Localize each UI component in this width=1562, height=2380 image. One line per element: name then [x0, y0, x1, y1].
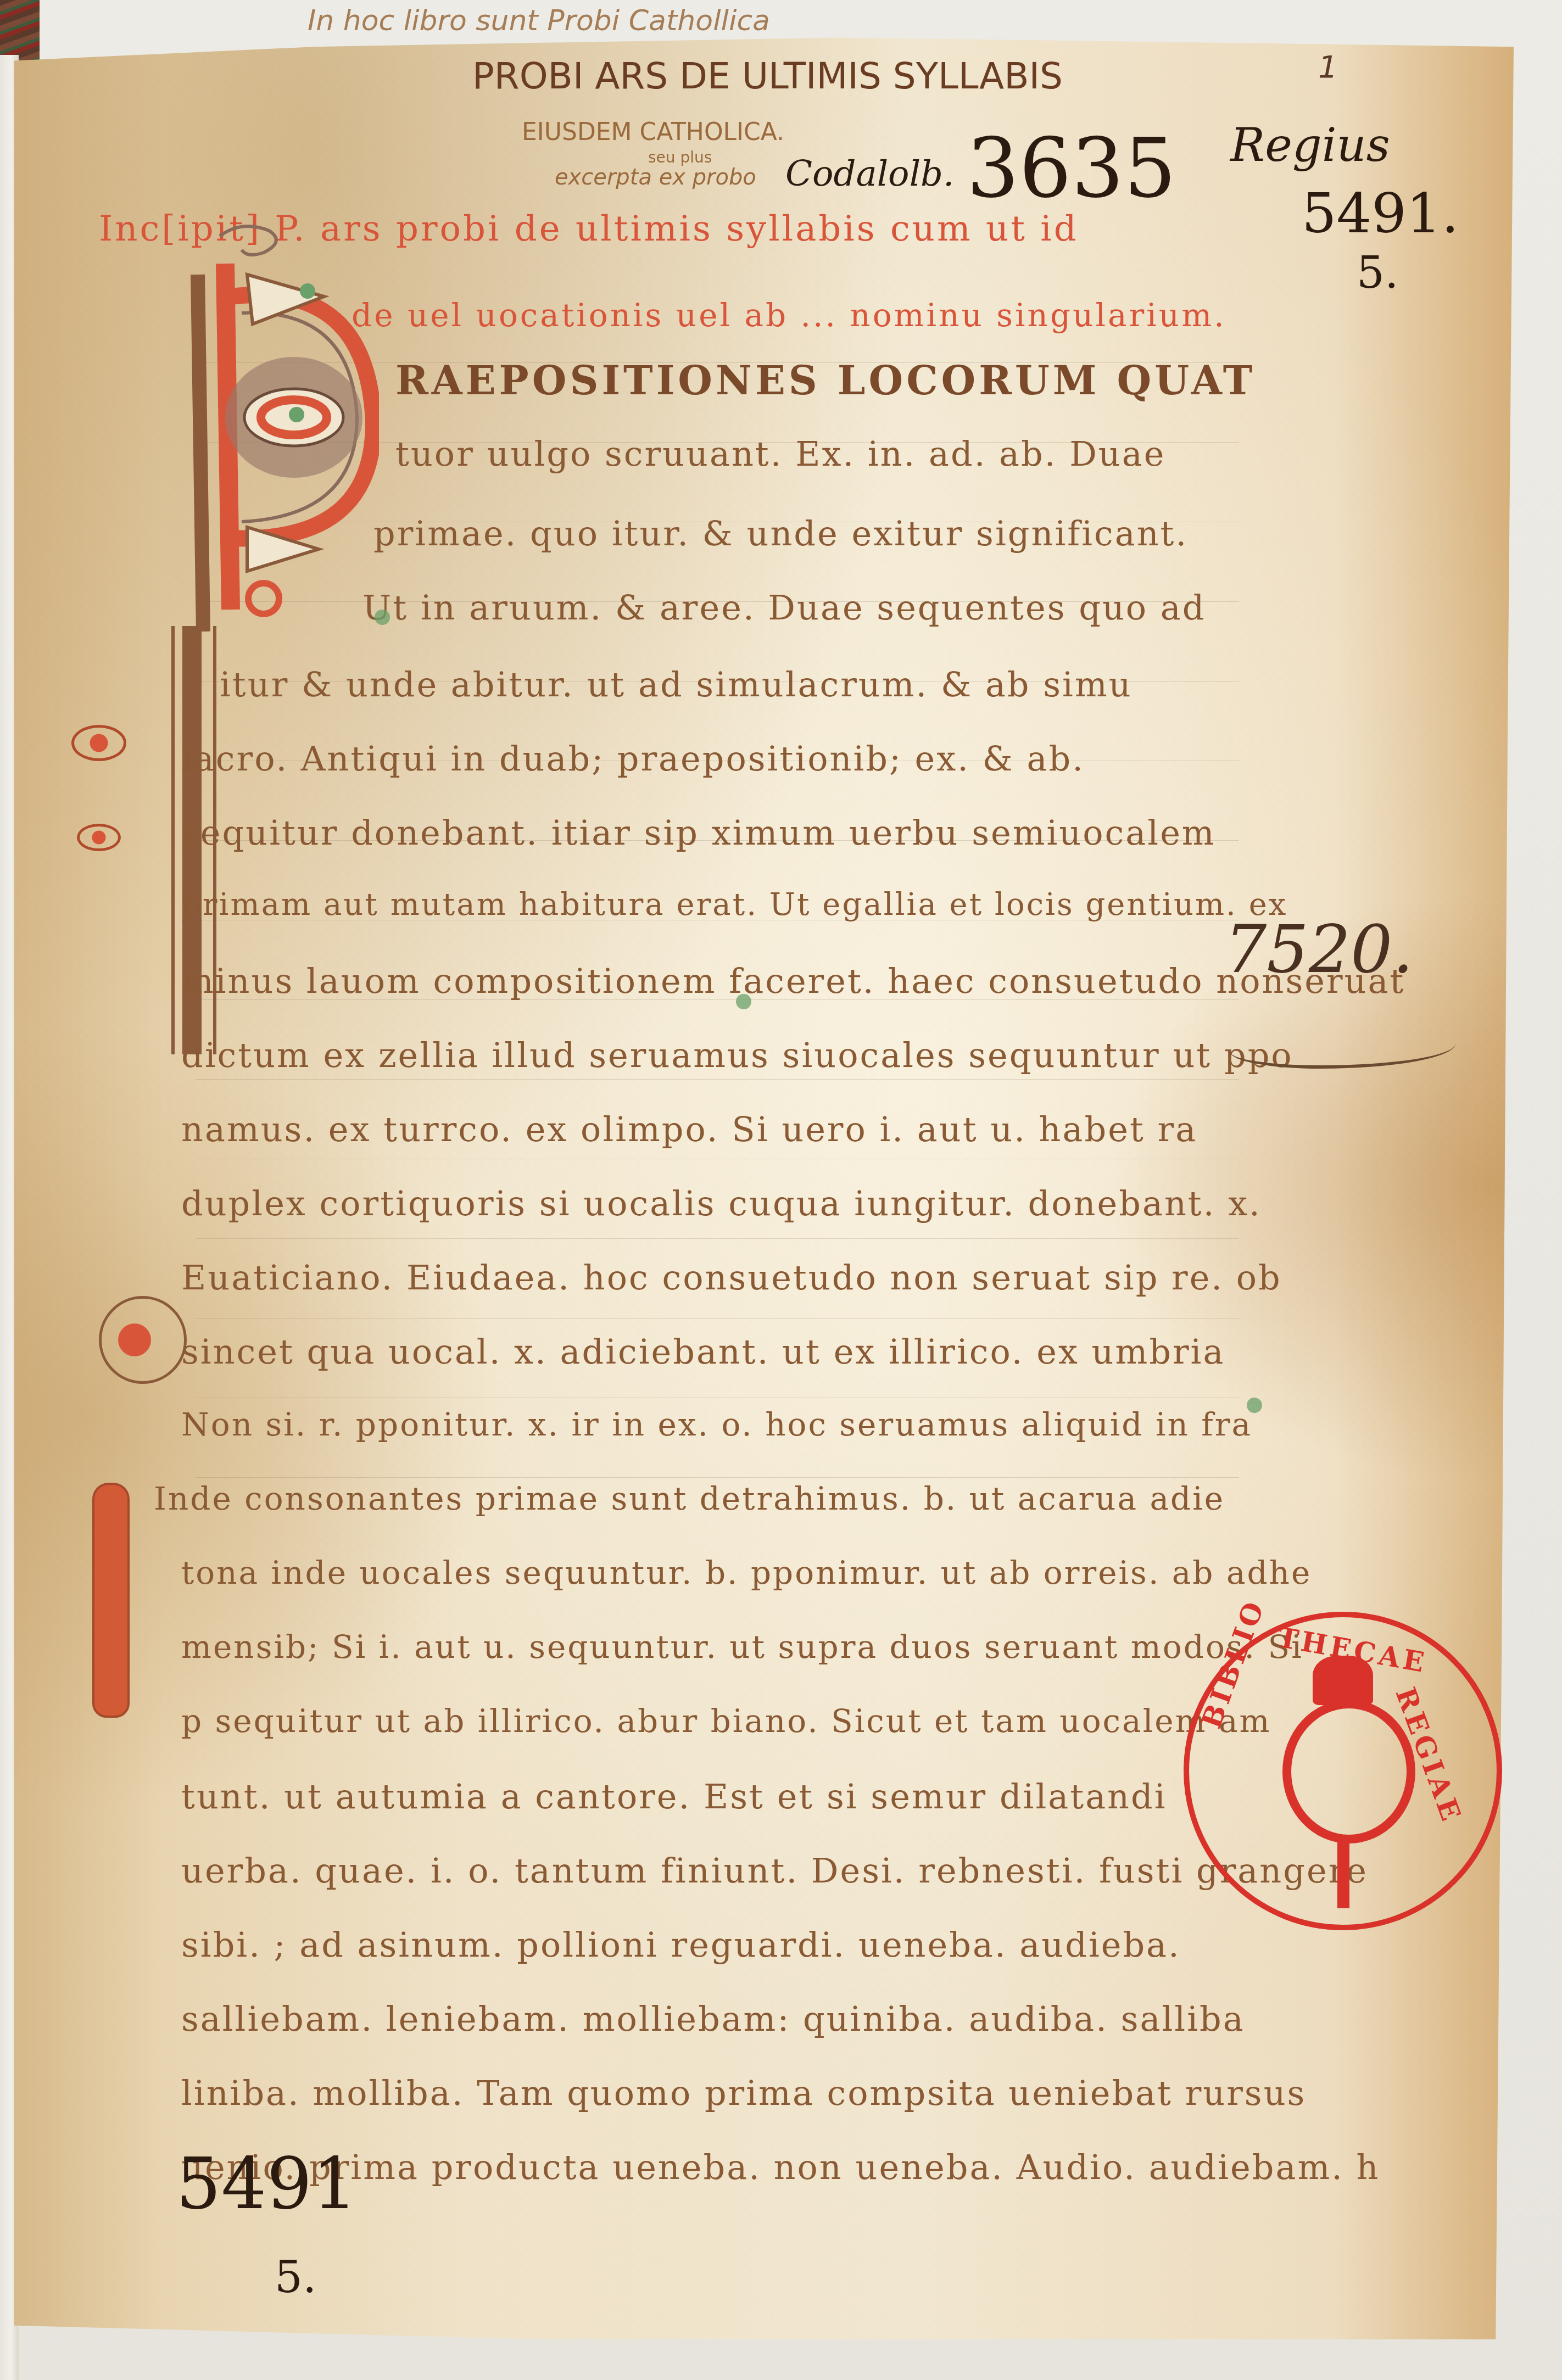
text-line: Non si. r. pponitur. x. ir in ex. o. hoc… [181, 1406, 1252, 1443]
text-line: uenio. prima producta ueneba. non ueneba… [181, 2147, 1380, 2187]
text-line: dictum ex zellia illud seruamus siuocale… [181, 1035, 1293, 1075]
title-note: PROBI ARS DE ULTIMIS SYLLABIS [472, 55, 1063, 97]
initial-tail-finial [92, 1483, 130, 1718]
ownership-note: In hoc libro sunt Probi Cathollica [308, 4, 770, 37]
ruling-line [196, 1238, 1239, 1239]
regius-sub: 5. [1357, 247, 1398, 298]
eiusdem-note: EIUSDEM CATHOLICA. [522, 118, 784, 146]
folio-number: 1 [1318, 49, 1338, 85]
library-stamp: BIBLIO THECAE REGIAE [1184, 1612, 1502, 1930]
rubric-incipit-line2: de uel uocationis uel ab ... nominu sing… [352, 297, 1226, 334]
text-line: duplex cortiquoris si uocalis cuqua iung… [181, 1183, 1262, 1223]
text-line: tuor uulgo scruuant. Ex. in. ad. ab. Dua… [395, 434, 1165, 474]
green-accent-dot [736, 994, 751, 1009]
interlace-knot-icon [71, 725, 126, 761]
regius-label: Regius [1230, 118, 1390, 172]
text-line: sibi. ; ad asinum. pollioni reguardi. ue… [181, 1925, 1181, 1965]
text-line: Euaticiano. Eiudaea. hoc consuetudo non … [181, 1258, 1282, 1298]
seu-plus-note: seu plus [648, 148, 712, 166]
text-line: itur & unde abitur. ut ad simulacrum. & … [220, 664, 1133, 705]
text-line: mensib; Si i. aut u. sequuntur. ut supra… [181, 1628, 1303, 1666]
bottom-shelfmark-sub: 5. [275, 2251, 316, 2303]
green-accent-dot [375, 610, 390, 625]
ruling-line [196, 1318, 1239, 1319]
interlace-knot-icon [77, 824, 121, 851]
ruling-line [196, 1079, 1239, 1080]
text-line: sincet qua uocal. x. adiciebant. ut ex i… [181, 1332, 1225, 1372]
text-line: Inde consonantes primae sunt detrahimus.… [154, 1480, 1225, 1517]
stamp-legend: BIBLIO THECAE REGIAE [1189, 1617, 1497, 1925]
excerpta-note: excerpta ex probo [555, 165, 756, 190]
margin-number: 7520. [1225, 912, 1414, 988]
decorated-initial-p [137, 214, 379, 632]
text-line: sequitur donebant. itiar sip ximum uerbu… [181, 813, 1216, 853]
text-line: namus. ex turrco. ex olimpo. Si uero i. … [181, 1109, 1197, 1149]
regius-number: 5491. [1302, 181, 1459, 245]
codex-label: Codalolb. [785, 154, 954, 194]
ruling-line [196, 1477, 1239, 1478]
text-line: Ut in aruum. & aree. Duae sequentes quo … [362, 588, 1206, 628]
text-line: tunt. ut autumia a cantore. Est et si se… [181, 1776, 1167, 1817]
text-line: salliebam. leniebam. molliebam: quiniba.… [181, 1999, 1245, 2039]
text-line: tona inde uocales sequuntur. b. pponimur… [181, 1554, 1312, 1591]
text-line: lacro. Antiqui in duab; praepositionib; … [181, 739, 1085, 779]
old-shelfmark: 3635 [967, 121, 1176, 216]
bottom-shelfmark: 5491 [176, 2142, 358, 2225]
display-capitals: RAEPOSITIONES LOCORUM QUAT [395, 357, 1256, 404]
text-line: p sequitur ut ab illirico. abur biano. S… [181, 1702, 1271, 1740]
initial-roundel [99, 1296, 187, 1384]
ruling-line [196, 1398, 1239, 1398]
text-line: liniba. molliba. Tam quomo prima compsit… [181, 2073, 1306, 2113]
text-line: primam aut mutam habitura erat. Ut egall… [181, 887, 1287, 923]
text-line: primae. quo itur. & unde exitur signific… [373, 513, 1188, 554]
ruling-line [196, 1159, 1239, 1159]
text-line: minus lauom compositionem faceret. haec … [181, 961, 1405, 1001]
green-accent-dot [1247, 1398, 1262, 1413]
